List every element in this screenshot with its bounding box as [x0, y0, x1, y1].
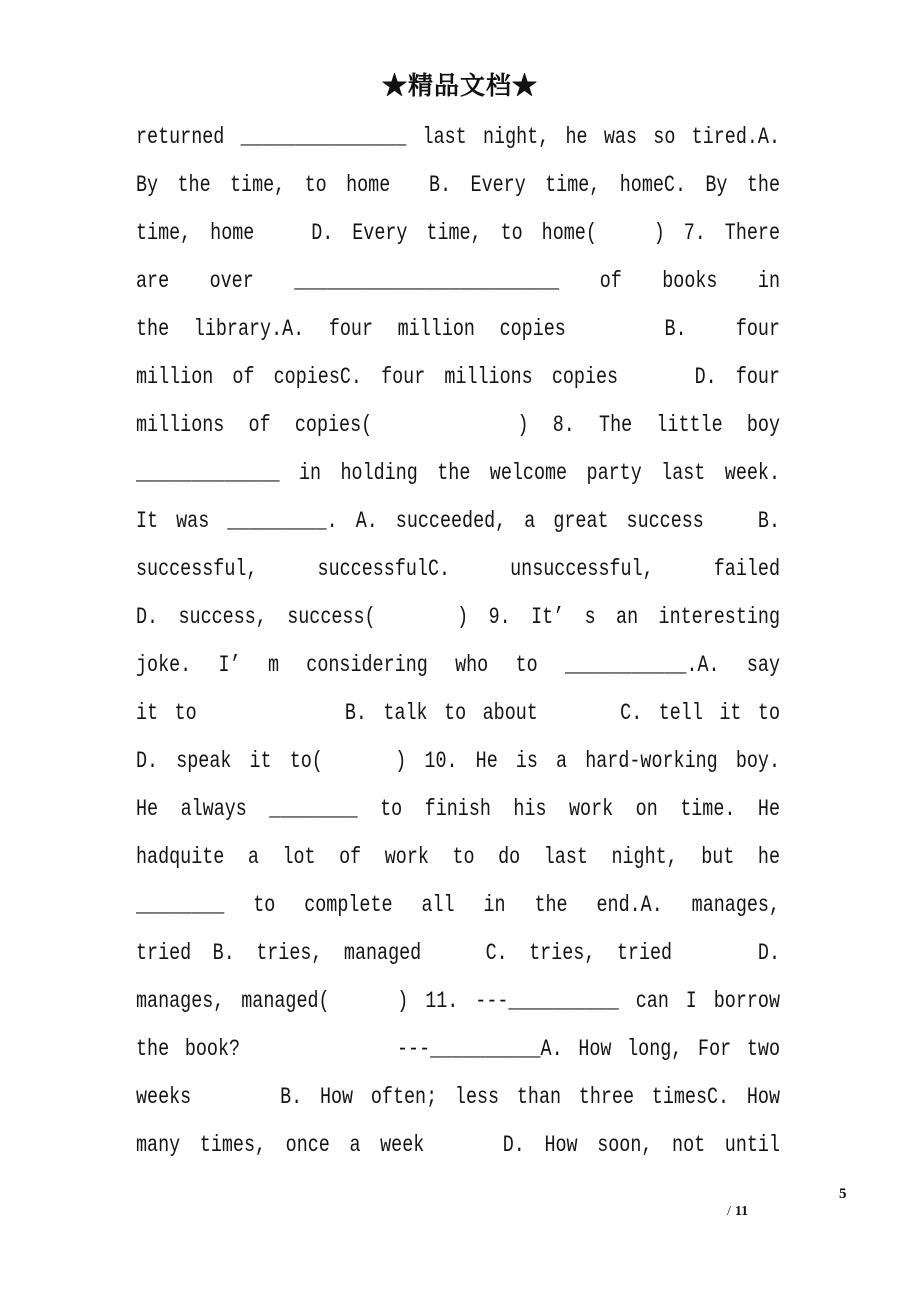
- text-line: returned _______________ last night, he …: [136, 113, 780, 161]
- text-line: ________ to complete all in the end.A. m…: [136, 881, 780, 929]
- text-line: many times, once a week D. How soon, not…: [136, 1121, 780, 1169]
- document-body: returned _______________ last night, he …: [136, 113, 780, 1169]
- text-line: successful, successfulC. unsuccessful, f…: [136, 545, 780, 593]
- text-line: the library.A. four million copies B. fo…: [136, 305, 780, 353]
- text-line: It was _________. A. succeeded, a great …: [136, 497, 780, 545]
- text-line: joke. I’ m considering who to __________…: [136, 641, 780, 689]
- page-number-total-value: 11: [735, 1204, 748, 1219]
- text-line: million of copiesC. four millions copies…: [136, 353, 780, 401]
- page-number-current: 5: [839, 1186, 847, 1203]
- text-line: are over ________________________ of boo…: [136, 257, 780, 305]
- text-line: manages, managed( ) 11. ---__________ ca…: [136, 977, 780, 1025]
- text-line: hadquite a lot of work to do last night,…: [136, 833, 780, 881]
- page-number-total: /11: [727, 1204, 748, 1220]
- text-line: He always ________ to finish his work on…: [136, 785, 780, 833]
- text-line: By the time, to home B. Every time, home…: [136, 161, 780, 209]
- text-line: D. speak it to( ) 10. He is a hard-worki…: [136, 737, 780, 785]
- text-line: the book? ---__________A. How long, For …: [136, 1025, 780, 1073]
- text-line: it to B. talk to about C. tell it to: [136, 689, 780, 737]
- document-page: ★精品文档★ returned _______________ last nig…: [0, 0, 920, 1302]
- text-line: tried B. tries, managed C. tries, tried …: [136, 929, 780, 977]
- page-number-separator: /: [727, 1204, 731, 1219]
- text-line: time, home D. Every time, to home( ) 7. …: [136, 209, 780, 257]
- text-line: millions of copies( ) 8. The little boy: [136, 401, 780, 449]
- text-line: _____________ in holding the welcome par…: [136, 449, 780, 497]
- text-line: D. success, success( ) 9. It’ s an inter…: [136, 593, 780, 641]
- document-header-title: ★精品文档★: [0, 66, 920, 102]
- text-line: weeks B. How often; less than three time…: [136, 1073, 780, 1121]
